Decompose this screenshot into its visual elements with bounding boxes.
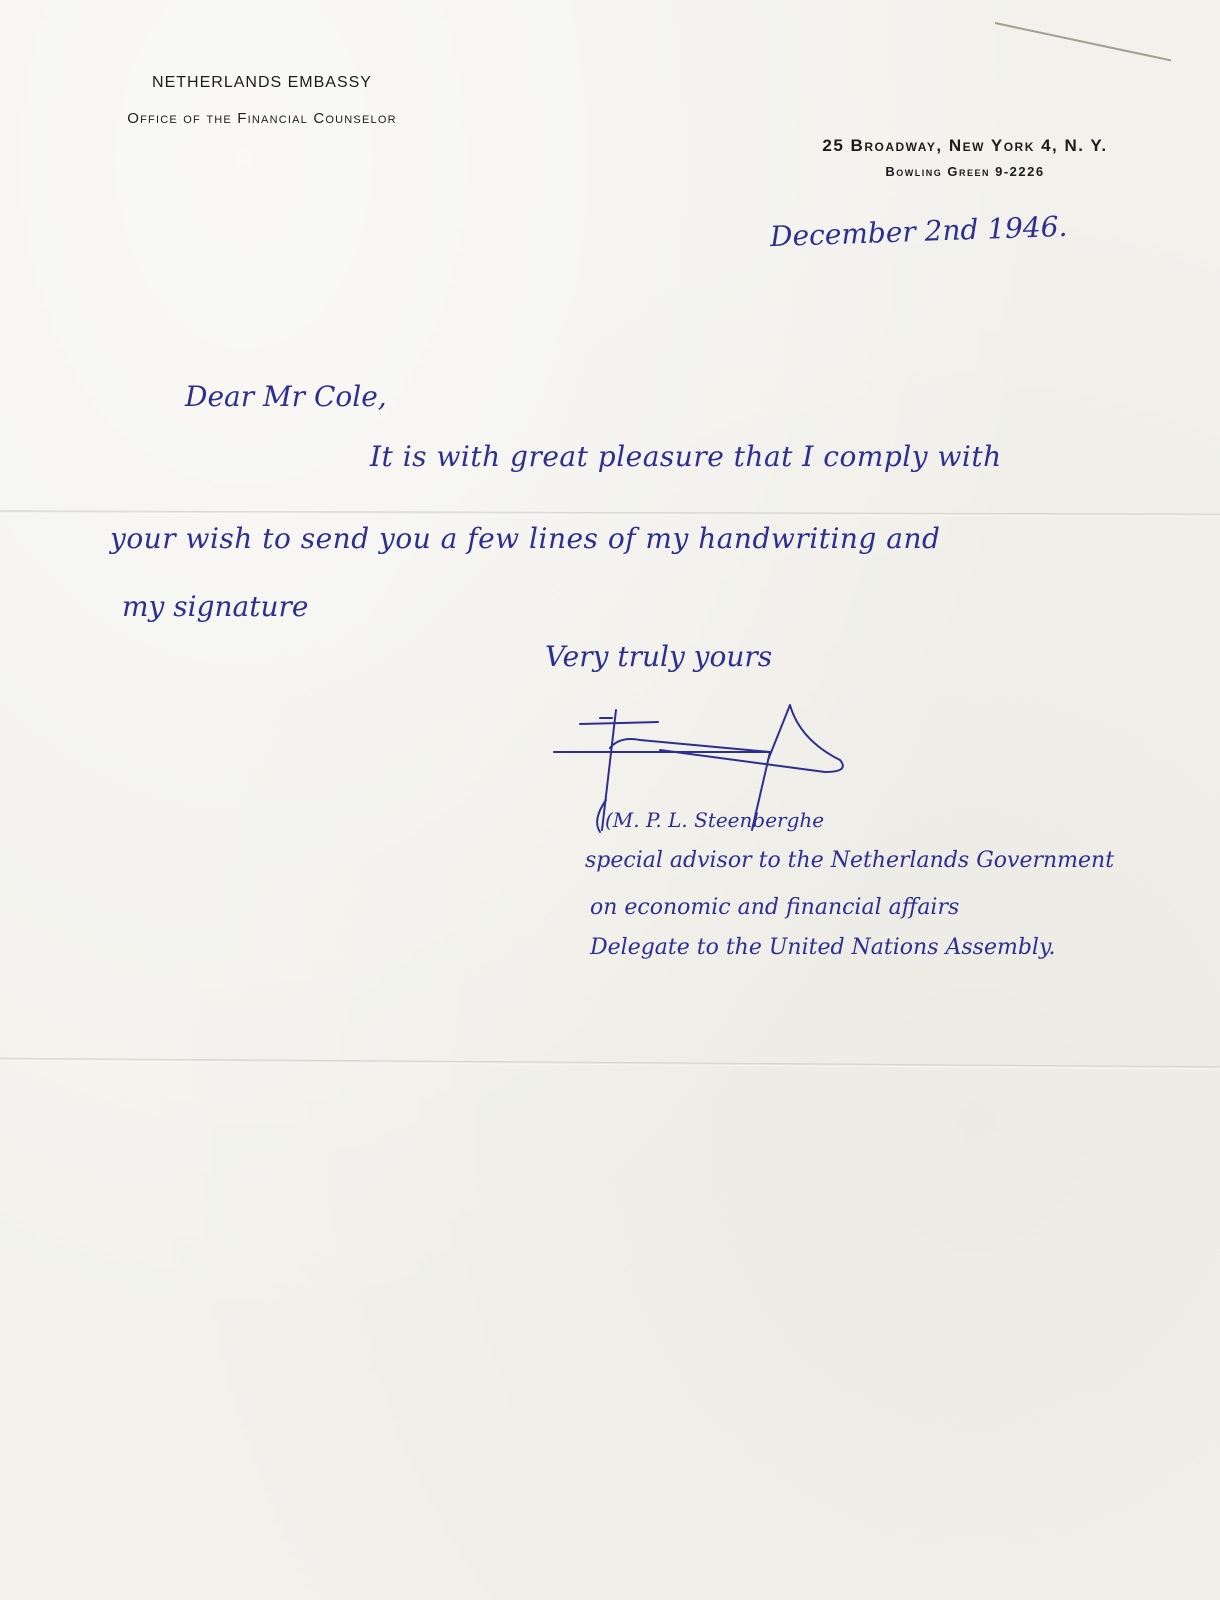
signature-title-line: special advisor to the Netherlands Gover…: [585, 848, 1114, 873]
letterhead-phone: Bowling Green 9-2226: [770, 164, 1160, 179]
letter-closing: Very truly yours: [545, 640, 772, 673]
signature-title-line: on economic and financial affairs: [590, 895, 959, 920]
letter-body-line: my signature: [122, 590, 308, 623]
signature-name: (M. P. L. Steenberghe: [605, 808, 824, 832]
paper-fold-line: [0, 1058, 1220, 1070]
paper-crease-mark: [995, 22, 1171, 61]
letterhead-office: Office of the Financial Counselor: [62, 110, 462, 127]
letterhead-address: 25 Broadway, New York 4, N. Y.: [770, 136, 1160, 156]
letter-salutation: Dear Mr Cole,: [185, 380, 387, 413]
letter-date: December 2nd 1946.: [770, 210, 1068, 253]
letterhead-organization: NETHERLANDS EMBASSY: [62, 74, 462, 92]
paper-fold-line: [0, 510, 1220, 516]
letter-body-line: your wish to send you a few lines of my …: [110, 522, 940, 555]
letterhead-left: NETHERLANDS EMBASSY Office of the Financ…: [62, 74, 462, 127]
letter-body-line: It is with great pleasure that I comply …: [370, 440, 1002, 473]
letter-sheet: NETHERLANDS EMBASSY Office of the Financ…: [0, 0, 1220, 1600]
signature-title-line: Delegate to the United Nations Assembly.: [590, 935, 1055, 960]
letterhead-right: 25 Broadway, New York 4, N. Y. Bowling G…: [770, 136, 1160, 179]
